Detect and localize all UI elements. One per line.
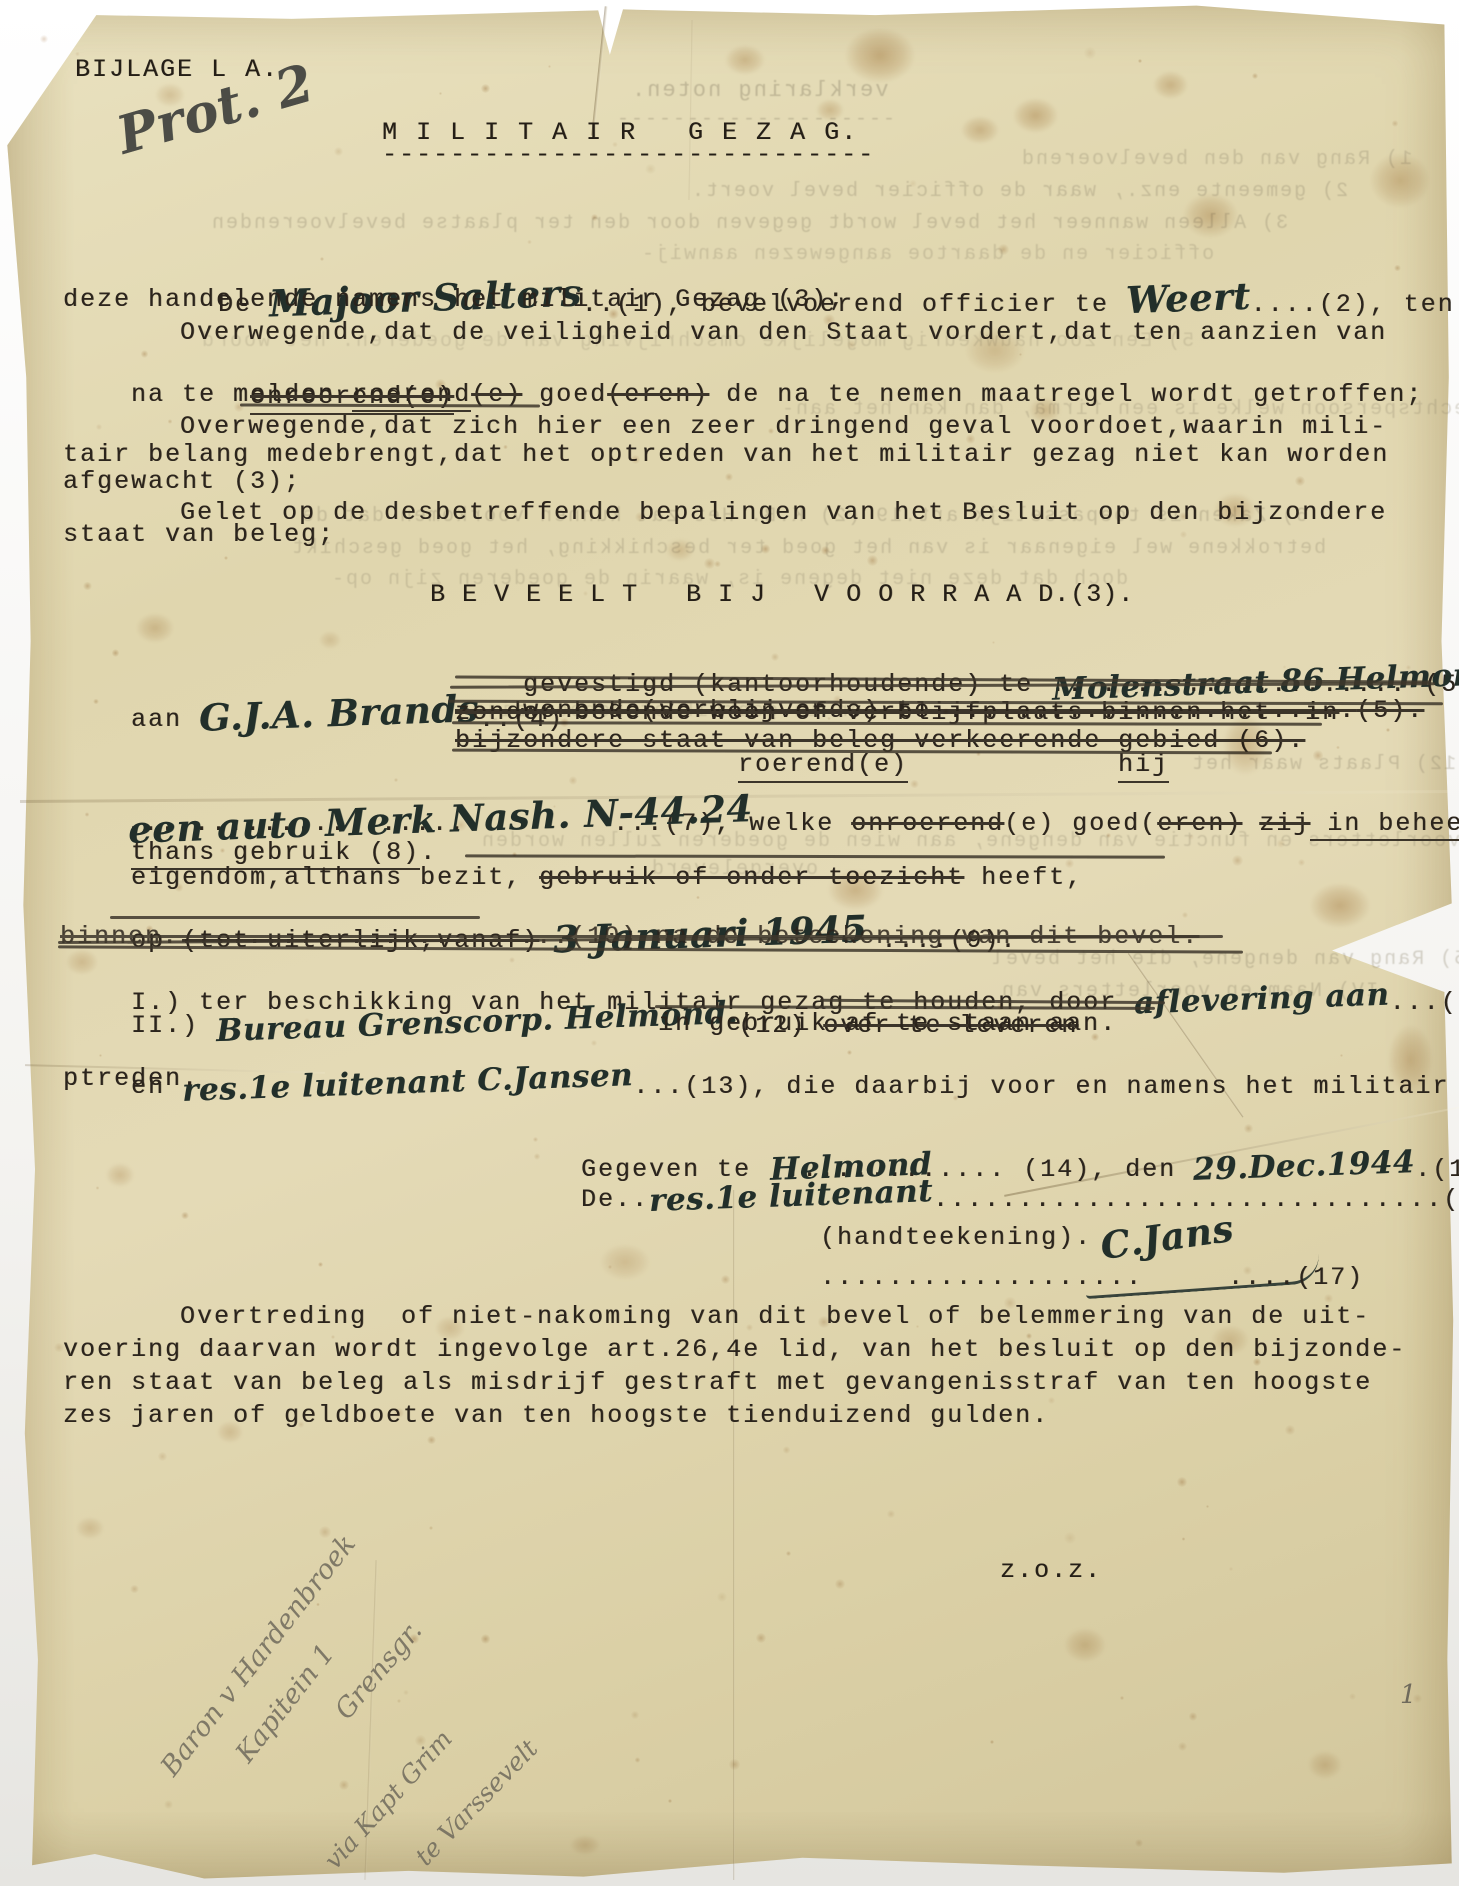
handwritten-lieutenant: res.1e luitenant C.Jansen — [182, 1060, 634, 1106]
typed-text: ...(11) — [1390, 988, 1459, 1017]
ptreden-row: ptreden. — [63, 1064, 199, 1094]
typed-text: de na te nemen maatregel wordt getroffen… — [709, 380, 1423, 409]
ghost-bleedthrough-text: 2) gemeente enz., waar de officier bevel… — [690, 180, 1348, 203]
handwritten-rank: res.1e luitenant — [649, 1176, 934, 1216]
struck-gebruik-toezicht: gebruik of onder toezicht — [539, 863, 964, 892]
ghost-bleedthrough-text: verklaring noten. — [630, 78, 888, 103]
consideration-2c: afgewacht (3); — [63, 467, 301, 497]
typed-text: aan — [131, 705, 199, 734]
penalty-line-3: ren staat van beleg als misdrijf gestraf… — [63, 1368, 1372, 1398]
penalty-line-4: zes jaren of geldboete van ten hoogste t… — [63, 1401, 1049, 1431]
handwritten-aflevering: aflevering aan — [1134, 980, 1390, 1019]
handwritten-addressee-name: G.J.A. Brands — [199, 693, 480, 733]
struck-suffix: eren) — [1157, 809, 1242, 838]
title-underline: ----------------------------- — [382, 140, 875, 170]
en-luitenant-row: en res.1e luitenant C.Jansen...(13), die… — [63, 1038, 1459, 1132]
consideration-2b: tair belang medebrengt,dat het optreden … — [63, 440, 1389, 470]
handteekening-row: (handteekening). — [820, 1223, 1092, 1253]
pencil-page-mark: 1 — [1400, 1680, 1417, 1710]
typed-text: ...(13), die daarbij voor en namens het … — [633, 1072, 1459, 1101]
typed-text: De.. — [581, 1185, 649, 1214]
beveelt-heading: B E V E E L T B I J V O O R R A A D.(3). — [430, 580, 1134, 610]
dots-17-row: ................... ....(17) — [820, 1263, 1364, 1293]
typed-text — [1242, 809, 1259, 838]
typed-text: (5). — [1356, 696, 1424, 725]
penalty-line-2: voering daarvan wordt ingevolge art.26,4… — [63, 1335, 1406, 1365]
gelet-line-1: Gelet op de desbetreffende bepalingen va… — [180, 498, 1387, 528]
ghost-bleedthrough-text: 1) Rang van den bevelvoerend — [1020, 148, 1412, 171]
ghost-bleedthrough-text: betrokkene wel eigenaar is van het goed … — [290, 537, 1326, 560]
gelet-line-2: staat van beleg; — [63, 520, 335, 550]
typed-text: II.) — [131, 1011, 216, 1040]
zoz-mark: z.o.z. — [1000, 1556, 1102, 1586]
struck-onroerend: onroerend(e) — [250, 382, 454, 415]
handwritten-commander-place: Weert — [1125, 281, 1251, 315]
typed-text: eigendom,althans bezit, — [131, 863, 539, 892]
typed-text: ....(2), ten — [1251, 290, 1455, 319]
ghost-bleedthrough-text: 12) Plaats waar het — [1190, 753, 1456, 776]
paper-freckle — [40, 35, 47, 42]
scanned-document-page: verklaring noten.--------------------1) … — [0, 0, 1459, 1886]
struck-suffix: (eren) — [607, 380, 709, 409]
typed-text: heeft, — [964, 863, 1083, 892]
consideration-1a: Overwegende,dat de veiligheid van den St… — [180, 318, 1387, 348]
consideration-2a: Overwegende,dat zich hier een zeer dring… — [180, 412, 1387, 442]
struck-zij: zij — [1259, 809, 1310, 838]
intro-line-2: deze handelende namens het militair Geza… — [63, 285, 845, 315]
penalty-line-1: Overtreding of niet-nakoming van dit bev… — [180, 1302, 1370, 1332]
ghost-bleedthrough-text: 3) Alleen wanneer het bevel wordt gegeve… — [210, 212, 1288, 235]
in-gebruik-row: in gebruik af te staan aan. — [658, 1009, 1117, 1039]
pen-strike-line — [110, 916, 480, 919]
underlined-in-beheer: in beheer,al- — [1310, 809, 1459, 841]
